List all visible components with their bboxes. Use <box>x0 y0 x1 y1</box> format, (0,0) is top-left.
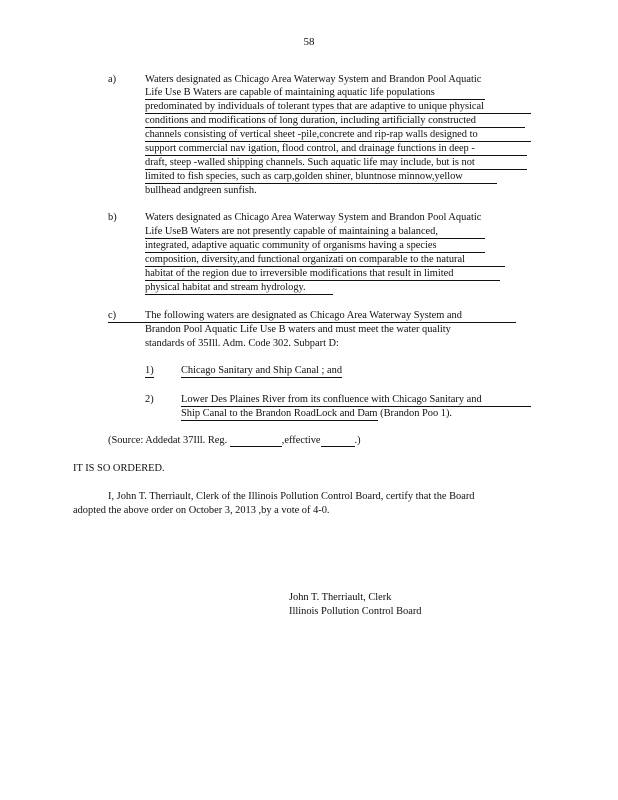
source-note: (Source: Addedat 37Ill. Reg. ,effective.… <box>108 434 361 447</box>
item-c-line-0: The following waters are designated as C… <box>145 309 462 322</box>
item-a-line-4: channels consisting of vertical sheet -p… <box>145 128 531 141</box>
sub-item-1-label: 1) <box>145 364 154 377</box>
item-b-line-3: composition, diversity,and functional or… <box>145 253 505 266</box>
item-b-line-5: physical habitat and stream hydrology. <box>145 281 333 294</box>
item-b-line-1: Life UseB Waters are not presently capab… <box>145 225 485 238</box>
signature-name: John T. Therriault, Clerk <box>289 591 391 604</box>
item-a-line-5: support commercial nav igation, flood co… <box>145 142 527 155</box>
page-number: 58 <box>0 36 618 48</box>
item-a-line-3: conditions and modifications of long dur… <box>145 114 525 127</box>
effective-blank <box>321 435 355 447</box>
item-b-label: b) <box>108 211 117 224</box>
item-b-line-4: habitat of the region due to irreversibl… <box>145 267 500 280</box>
item-a-line-2: predominated by individuals of tolerant … <box>145 100 531 113</box>
item-a-line-7: limited to fish species, such as carp,go… <box>145 170 497 183</box>
brandon-pool-text: (Brandon Poo 1). <box>380 408 452 419</box>
certification-line-1: I, John T. Therriault, Clerk of the Illi… <box>108 490 475 503</box>
item-c-line-1: Brandon Pool Aquatic Life Use B waters a… <box>145 323 451 336</box>
signature-org: Illinois Pollution Control Board <box>289 605 422 618</box>
item-c-label: c) <box>108 309 116 322</box>
item-a-line-6: draft, steep -walled shipping channels. … <box>145 156 527 169</box>
ordered-statement: IT IS SO ORDERED. <box>73 462 165 475</box>
item-a-line-1: Life Use B Waters are capable of maintai… <box>145 86 485 99</box>
item-b-line-2: integrated, adaptive aquatic community o… <box>145 239 485 252</box>
item-b-line-0: Waters designated as Chicago Area Waterw… <box>145 211 481 224</box>
sub-item-1-line-0: Chicago Sanitary and Ship Canal ; and <box>181 364 342 377</box>
item-c-line-2: standards of 35Ill. Adm. Code 302. Subpa… <box>145 337 339 350</box>
item-a-line-8: bullhead andgreen sunfish. <box>145 184 257 197</box>
item-a-line-0: Waters designated as Chicago Area Waterw… <box>145 73 531 86</box>
sub-item-2-line-0: Lower Des Plaines River from its conflue… <box>181 393 531 406</box>
item-a-label: a) <box>108 73 116 86</box>
sub-item-2-label: 2) <box>145 393 154 406</box>
reg-blank <box>230 435 282 447</box>
certification-line-2: adopted the above order on October 3, 20… <box>73 504 330 517</box>
sub-item-2-line-1: Ship Canal to the Brandon RoadLock and D… <box>181 407 452 420</box>
